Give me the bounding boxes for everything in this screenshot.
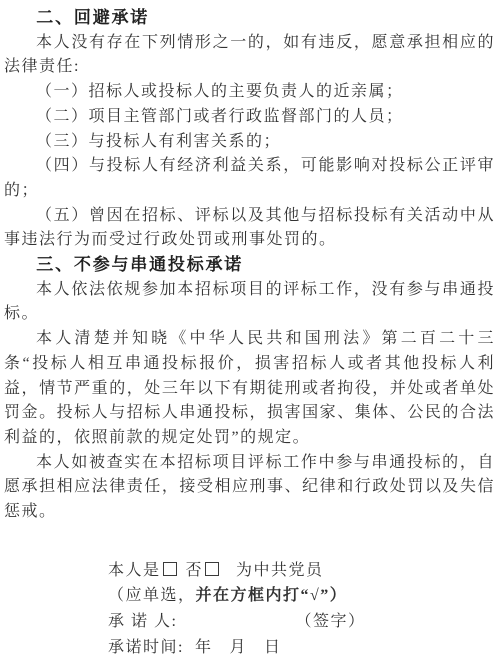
section-heading-no-collusion: 三、不参与串通投标承诺 xyxy=(4,253,495,278)
date-line: 承诺时间:年月日 xyxy=(108,635,500,661)
recusal-clause-4: （四）与投标人有经济利益关系，可能影响对投标公正评审的； xyxy=(4,154,495,203)
date-unit-month: 月 xyxy=(229,639,247,656)
signature-block: 本人是否为中共党员 （应单选，并在方框内打“√”） 承 诺 人:（签字） 承诺时… xyxy=(108,558,500,661)
date-label: 承诺时间: xyxy=(108,639,184,656)
section-heading-recusal: 二、回避承诺 xyxy=(4,6,495,31)
no-collusion-paragraph-1: 本人依法依规参加本招标项目的评标工作，没有参与串通投标。 xyxy=(4,278,495,327)
date-unit-day: 日 xyxy=(264,639,282,656)
no-collusion-paragraph-2: 本人清楚并知晓《中华人民共和国刑法》第二百二十三条“投标人相互串通投标报价，损害… xyxy=(4,327,495,451)
party-membership-line: 本人是否为中共党员 xyxy=(108,558,500,584)
membership-label-before: 本人是 xyxy=(108,562,161,579)
membership-instruction-line: （应单选，并在方框内打“√”） xyxy=(108,583,500,609)
instruction-bold: 并在方框内打“√”） xyxy=(196,587,348,604)
recusal-clause-1: （一）招标人或投标人的主要负责人的近亲属； xyxy=(4,80,495,105)
membership-label-no: 否 xyxy=(186,562,204,579)
ccp-member-no-checkbox[interactable] xyxy=(205,562,219,576)
recusal-clause-5: （五）曾因在招标、评标以及其他与招标投标有关活动中从事违法行为而受过行政处罚或刑… xyxy=(4,204,495,253)
signature-hint: （签字） xyxy=(295,613,365,630)
signer-label: 承 诺 人: xyxy=(108,613,177,630)
document-body: 二、回避承诺 本人没有存在下列情形之一的，如有违反，愿意承担相应的法律责任: （… xyxy=(0,0,500,525)
recusal-intro-paragraph: 本人没有存在下列情形之一的，如有违反，愿意承担相应的法律责任: xyxy=(4,31,495,80)
recusal-clause-3: （三）与投标人有利害关系的； xyxy=(4,130,495,155)
membership-label-after: 为中共党员 xyxy=(236,562,324,579)
signer-line: 承 诺 人:（签字） xyxy=(108,609,500,635)
no-collusion-paragraph-3: 本人如被查实在本招标项目评标工作中参与串通投标的，自愿承担相应法律责任，接受相应… xyxy=(4,451,495,525)
ccp-member-yes-checkbox[interactable] xyxy=(163,562,177,576)
instruction-regular: （应单选， xyxy=(108,587,196,604)
date-unit-year: 年 xyxy=(195,639,213,656)
recusal-clause-2: （二）项目主管部门或者行政监督部门的人员； xyxy=(4,105,495,130)
